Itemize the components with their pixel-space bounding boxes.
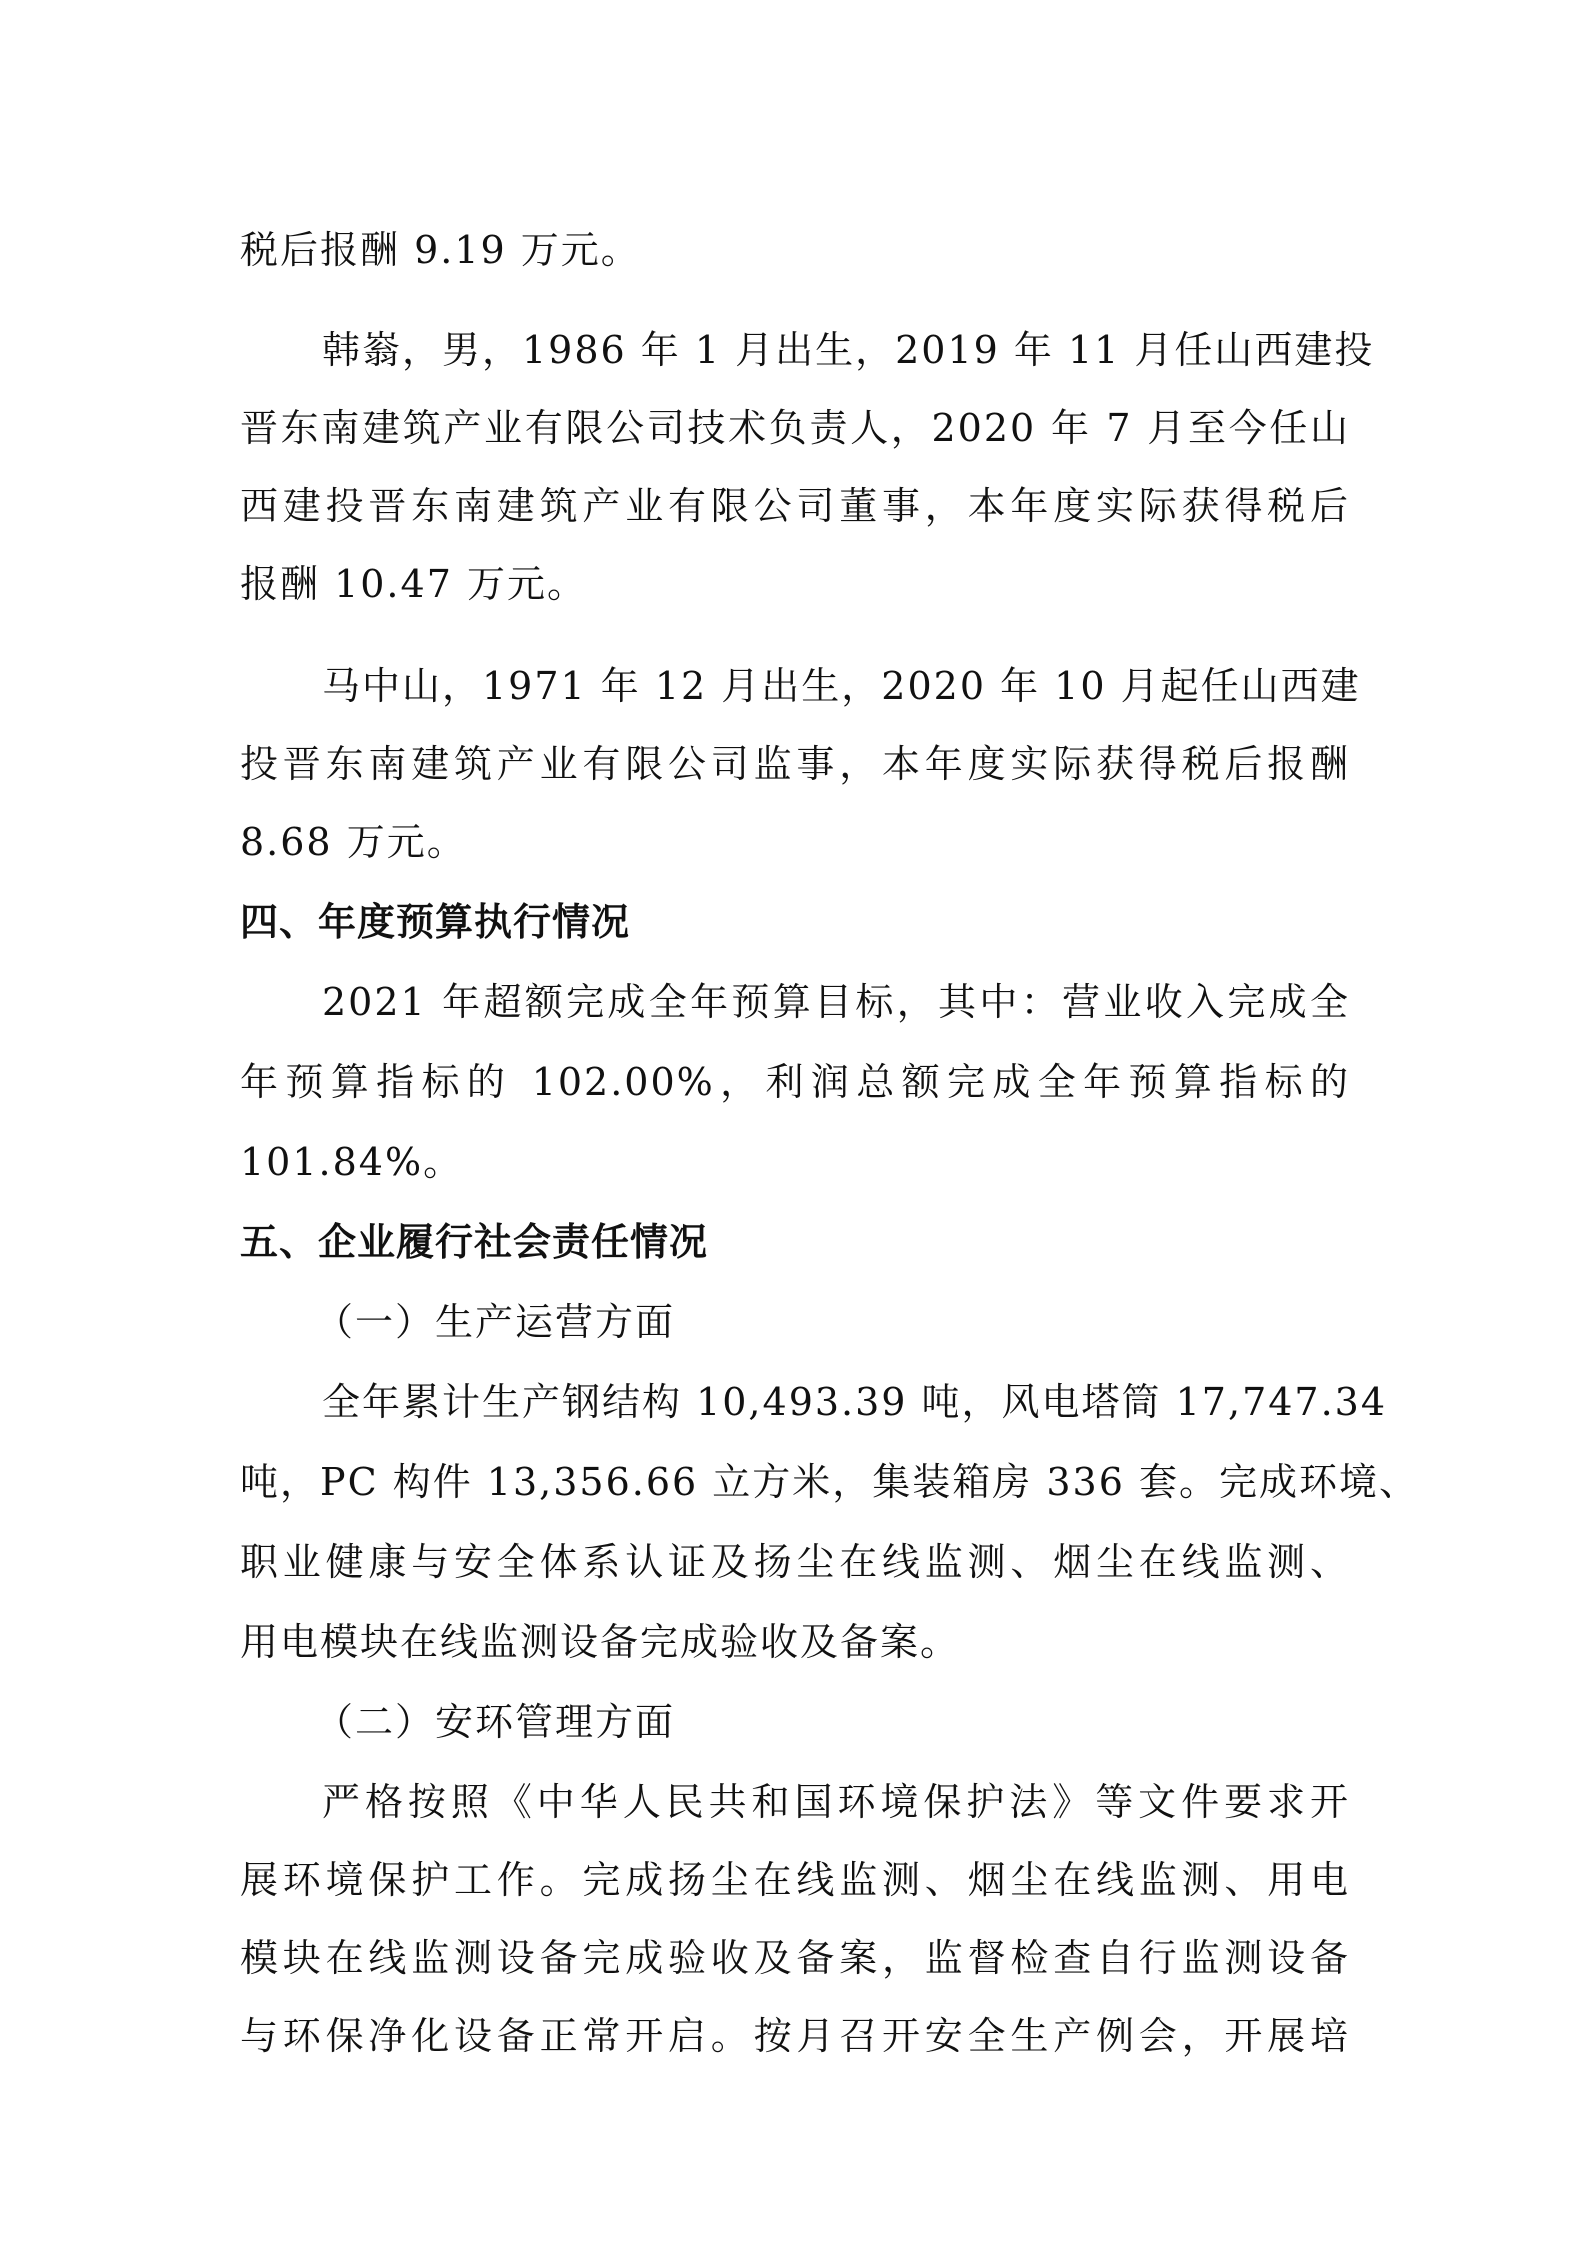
paragraph-line: 税后报酬 9.19 万元。 [240,226,1350,274]
paragraph-line: 年预算指标的 102.00%，利润总额完成全年预算指标的 [240,1058,1350,1106]
paragraph-line: 晋东南建筑产业有限公司技术负责人，2020 年 7 月至今任山 [240,404,1350,452]
paragraph-line: 全年累计生产钢结构 10,493.39 吨，风电塔筒 17,747.34 [322,1378,1350,1426]
paragraph-line: 8.68 万元。 [240,818,1350,866]
paragraph-line: 吨，PC 构件 13,356.66 立方米，集装箱房 336 套。完成环境、 [240,1458,1350,1506]
paragraph-line: 职业健康与安全体系认证及扬尘在线监测、烟尘在线监测、 [240,1538,1350,1586]
paragraph-line: 101.84%。 [240,1138,1350,1186]
section-heading-budget: 四、年度预算执行情况 [240,898,1350,946]
paragraph-line: 用电模块在线监测设备完成验收及备案。 [240,1618,1350,1666]
subsection-heading-safety-environment: （二）安环管理方面 [315,1698,1425,1746]
paragraph-line: 韩嵡，男，1986 年 1 月出生，2019 年 11 月任山西建投 [322,326,1350,374]
subsection-heading-production: （一）生产运营方面 [315,1298,1425,1346]
document-page: 税后报酬 9.19 万元。 韩嵡，男，1986 年 1 月出生，2019 年 1… [0,0,1587,2245]
paragraph-line: 模块在线监测设备完成验收及备案，监督检查自行监测设备 [240,1934,1350,1982]
paragraph-line: 2021 年超额完成全年预算目标，其中：营业收入完成全 [322,978,1350,1026]
paragraph-line: 投晋东南建筑产业有限公司监事，本年度实际获得税后报酬 [240,740,1350,788]
paragraph-line: 报酬 10.47 万元。 [240,560,1350,608]
paragraph-line: 西建投晋东南建筑产业有限公司董事，本年度实际获得税后 [240,482,1350,530]
paragraph-line: 马中山，1971 年 12 月出生，2020 年 10 月起任山西建 [322,662,1350,710]
section-heading-social-responsibility: 五、企业履行社会责任情况 [240,1218,1350,1266]
paragraph-line: 与环保净化设备正常开启。按月召开安全生产例会，开展培 [240,2012,1350,2060]
paragraph-line: 展环境保护工作。完成扬尘在线监测、烟尘在线监测、用电 [240,1856,1350,1904]
paragraph-line: 严格按照《中华人民共和国环境保护法》等文件要求开 [322,1778,1350,1826]
